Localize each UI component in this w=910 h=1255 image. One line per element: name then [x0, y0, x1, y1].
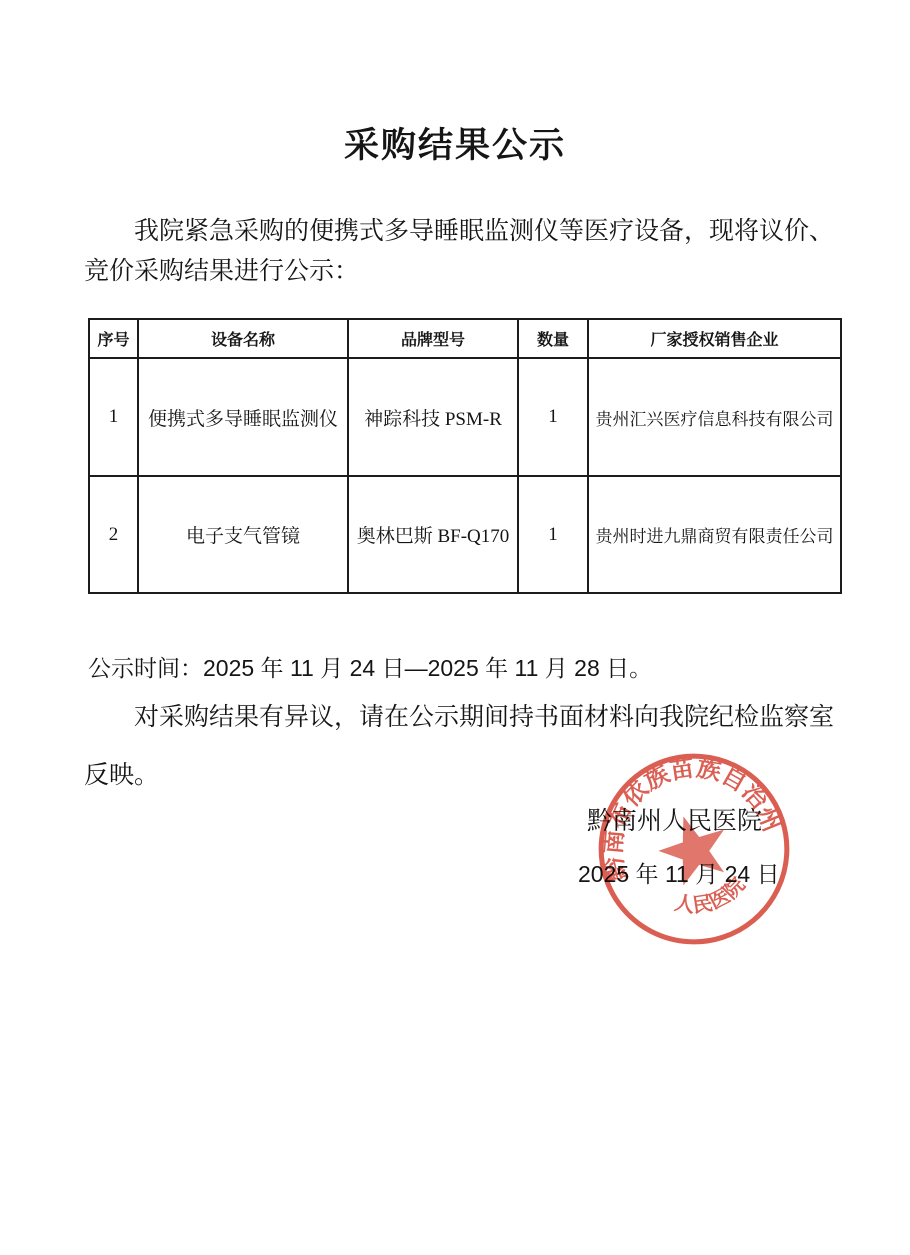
- objection-note-line2: 反映。: [84, 762, 159, 791]
- header-authorized-vendor: 厂家授权销售企业: [588, 319, 841, 358]
- cell-serial-no: 2: [89, 476, 138, 593]
- intro-paragraph-line1: 我院紧急采购的便携式多导睡眠监测仪等医疗设备，现将议价、: [134, 218, 834, 247]
- table-row: 2 电子支气管镜 奥林巴斯 BF-Q170 1 贵州时进九鼎商贸有限责任公司: [89, 476, 841, 593]
- cell-brand-model: 神踪科技 PSM-R: [348, 358, 518, 476]
- official-seal: 黔南布依族苗族自治州 人民医院: [583, 738, 805, 960]
- header-serial-no: 序号: [89, 319, 138, 358]
- cell-equipment-name: 便携式多导睡眠监测仪: [138, 358, 348, 476]
- signature-date: 2025 年 11 月 24 日: [578, 861, 780, 887]
- objection-note-line1: 对采购结果有异议，请在公示期间持书面材料向我院纪检监察室: [134, 704, 834, 733]
- cell-quantity: 1: [518, 358, 588, 476]
- cell-authorized-vendor: 贵州汇兴医疗信息科技有限公司: [588, 358, 841, 476]
- document-page: 采购结果公示 我院紧急采购的便携式多导睡眠监测仪等医疗设备，现将议价、 竞价采购…: [0, 0, 910, 1255]
- header-quantity: 数量: [518, 319, 588, 358]
- table-header-row: 序号 设备名称 品牌型号 数量 厂家授权销售企业: [89, 319, 841, 358]
- cell-serial-no: 1: [89, 358, 138, 476]
- signature-organization: 黔南州人民医院: [587, 808, 762, 837]
- cell-equipment-name: 电子支气管镜: [138, 476, 348, 593]
- cell-quantity: 1: [518, 476, 588, 593]
- intro-paragraph-line2: 竞价采购结果进行公示：: [84, 258, 359, 287]
- procurement-result-table: 序号 设备名称 品牌型号 数量 厂家授权销售企业 1 便携式多导睡眠监测仪 神踪…: [88, 318, 842, 594]
- header-brand-model: 品牌型号: [348, 319, 518, 358]
- page-title: 采购结果公示: [0, 118, 910, 168]
- seal-outer-ring: [583, 738, 805, 960]
- cell-authorized-vendor: 贵州时进九鼎商贸有限责任公司: [588, 476, 841, 593]
- table-row: 1 便携式多导睡眠监测仪 神踪科技 PSM-R 1 贵州汇兴医疗信息科技有限公司: [89, 358, 841, 476]
- publicity-period-text: 公示时间：2025 年 11 月 24 日—2025 年 11 月 28 日。: [88, 655, 652, 681]
- cell-brand-model: 奥林巴斯 BF-Q170: [348, 476, 518, 593]
- header-equipment-name: 设备名称: [138, 319, 348, 358]
